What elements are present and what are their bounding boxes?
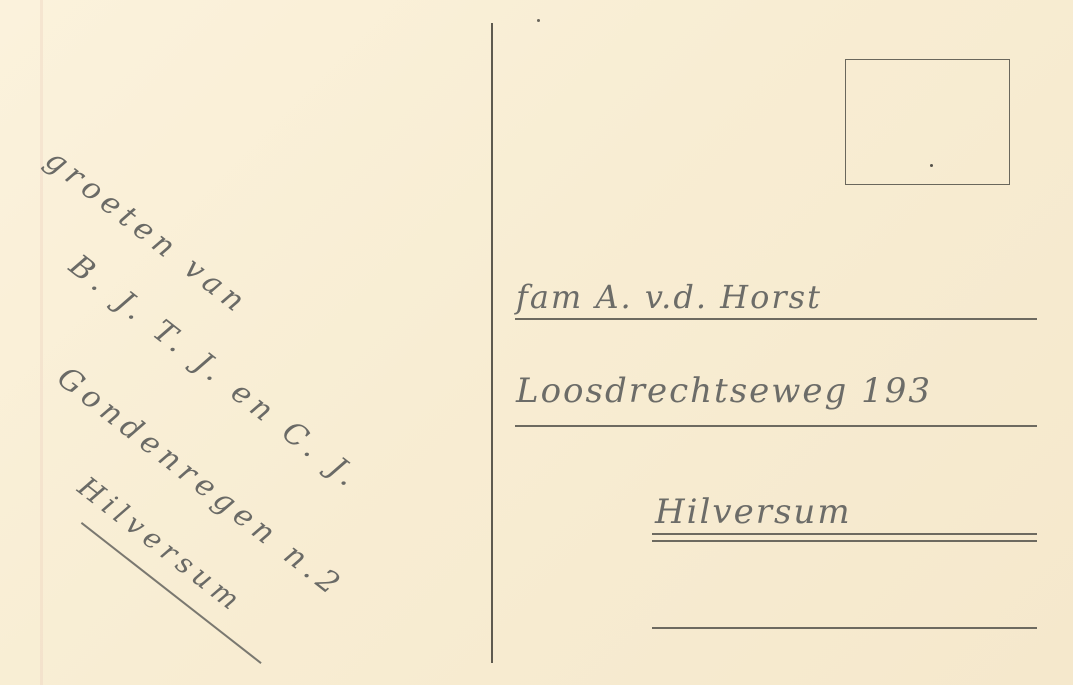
address-line-city: Hilversum <box>655 492 852 532</box>
address-rule-4 <box>652 627 1037 629</box>
paper-edge-stain <box>40 0 43 685</box>
center-divider-line <box>491 23 493 663</box>
address-line-recipient: fam A. v.d. Horst <box>516 278 822 316</box>
postcard-back: groeten van B. J. T. J. en C. J. Gondenr… <box>0 0 1073 685</box>
stamp-box-speck <box>930 164 933 167</box>
address-rule-3a <box>652 533 1037 535</box>
address-rule-3b <box>652 540 1037 542</box>
stamp-placeholder-box <box>845 59 1010 185</box>
message-line-greeting: groeten van <box>38 142 255 322</box>
address-line-street: Loosdrechtseweg 193 <box>516 371 932 411</box>
print-speck <box>537 19 540 22</box>
address-rule-1 <box>515 318 1037 320</box>
address-rule-2 <box>515 425 1037 427</box>
